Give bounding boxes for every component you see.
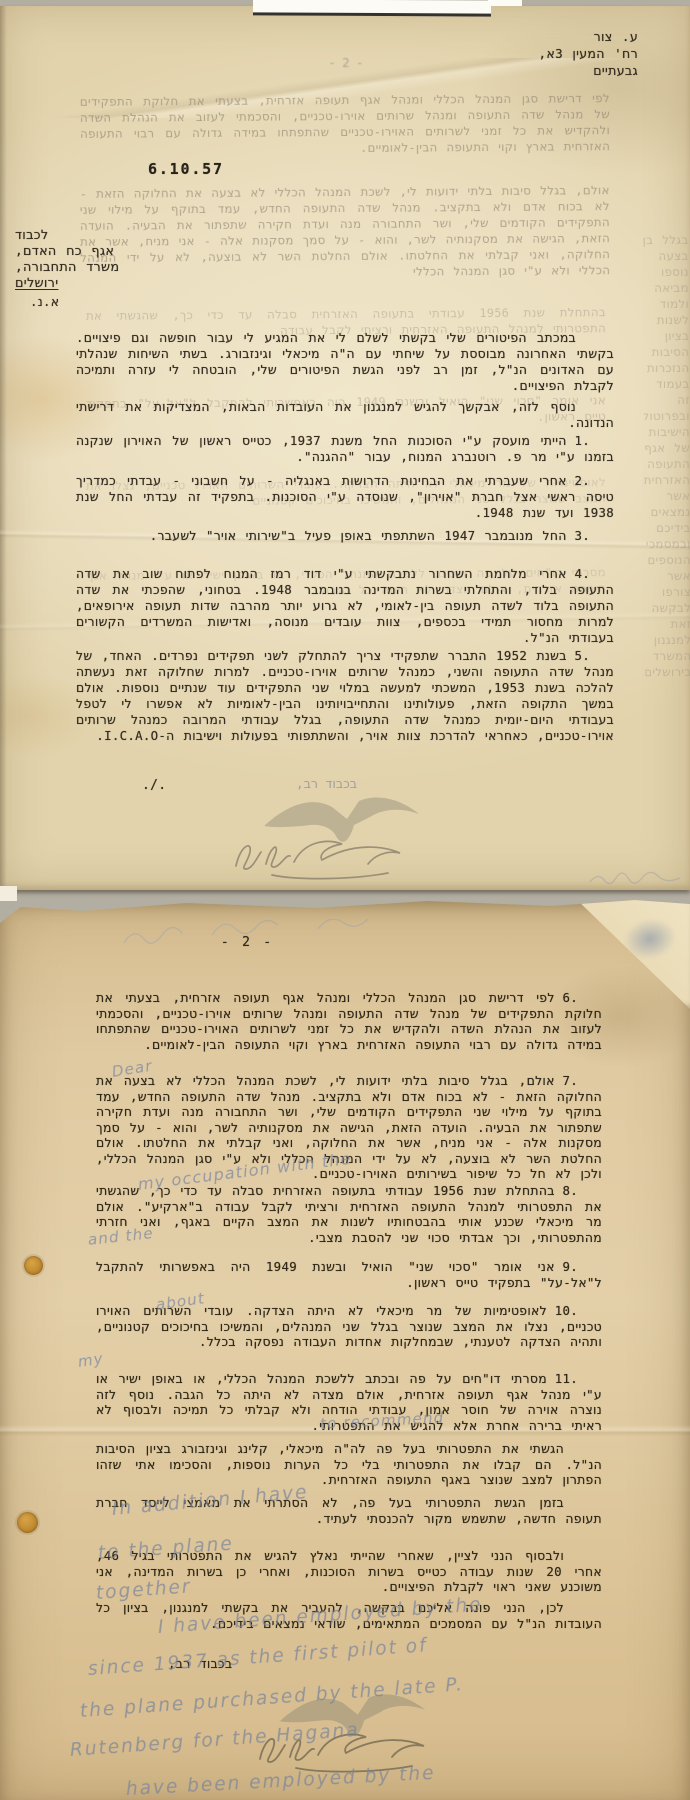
item-number: 11. [555, 1371, 578, 1386]
item-number: 1. [574, 433, 590, 448]
pencil-annotation: since 1937 as the first pilot of [87, 1635, 428, 1680]
letter-page-2: - 2 - 6. לפי דרישת סגן המנהל הכללי ומנהל… [0, 897, 690, 1800]
punch-hole [24, 1256, 43, 1275]
salutation: א.נ. [30, 294, 90, 310]
paper-gap [0, 886, 17, 901]
list-item-1: 1. הייתי מועסק ע"י הסוכנות החל משנת 1937… [76, 433, 614, 465]
item-text: בשנת 1952 התברר שתפקידי צריך להתחלק לשני… [76, 648, 614, 743]
item-number: 9. [562, 1259, 578, 1274]
scanned-letter: { "document": { "description": "Typewrit… [0, 0, 690, 1800]
sender-name: ע. צור [539, 28, 639, 45]
item-text: החל מנובמבר 1947 השתתפתי באופן פעיל ב"שי… [150, 528, 567, 543]
item-text: אחרי שעברתי את הבחינות הדרושות באנגליה -… [76, 473, 614, 520]
item-number: 2. [574, 473, 590, 488]
item-number: 5. [574, 648, 590, 663]
paragraph-resignation: הגשתי את התפטרותי בעל פה לה"ה מיכאלי, קל… [96, 1441, 602, 1488]
recipient-city: ירושלים [15, 276, 165, 292]
list-item-8: 8. בהתחלת שנת 1956 עבודתי בתעופה האזרחית… [96, 1183, 602, 1245]
recipient-address: לכבוד אגף כח האדם, משרד התחבורה, ירושלים [15, 228, 165, 292]
recipient-honorific: לכבוד [15, 228, 165, 244]
list-item-5: 5. בשנת 1952 התברר שתפקידי צריך להתחלק ל… [76, 648, 614, 744]
item-number: 7. [562, 1073, 578, 1088]
bleedthrough-margin-column: בגלל בן בצעה נוספו מביאה ולמוד לשנות בצי… [642, 232, 690, 678]
item-number: 4. [574, 566, 590, 581]
list-item-4: 4. אחרי מלחמת השחרור נתבקשתי ע"י דוד רמז… [76, 566, 614, 646]
sender-street: רח' המעין 3א, [539, 45, 639, 62]
item-number: 10. [555, 1303, 578, 1318]
continuation-mark: ./. [142, 778, 182, 794]
item-number: 3. [574, 528, 590, 543]
ghost-closing: בכבוד רב, [296, 776, 357, 791]
punch-hole [17, 1512, 38, 1533]
list-item-9: 9. אני אומר "סכוי שני" הואיל ובשנת 1949 … [96, 1259, 602, 1290]
item-text: הייתי מועסק ע"י הסוכנות החל משנת 1937, כ… [76, 433, 614, 464]
bleedthrough-text: לפי דרישת סגן המנהל הכללי ומנהל אגף תעופ… [80, 90, 610, 158]
sender-city: גבעתיים [539, 62, 639, 79]
list-item-2: 2. אחרי שעברתי את הבחינות הדרושות באנגלי… [76, 473, 614, 521]
pencil-scribble [120, 919, 440, 955]
faint-blue-stamp [620, 914, 679, 964]
pencil-scribble [588, 868, 683, 890]
item-number: 8. [562, 1183, 578, 1198]
letter-page-1: לפי דרישת סגן המנהל הכללי ומנהל אגף תעופ… [0, 6, 690, 890]
paper-fragment [253, 0, 491, 17]
recipient-department: אגף כח האדם, [15, 244, 165, 260]
item-text: לפי דרישת סגן המנהל הכללי ומנהל אגף תעופ… [96, 990, 602, 1052]
handwritten-signature [228, 828, 428, 886]
paper-fragment [488, 0, 522, 6]
item-text: בהתחלת שנת 1956 עבודתי בתעופה האזרחית סב… [96, 1183, 602, 1245]
item-text: אני אומר "סכוי שני" הואיל ובשנת 1949 היה… [96, 1259, 602, 1290]
paragraph-intro-2: נוסף לזה, אבקשך להגיש למנגנון את העובדות… [76, 399, 614, 431]
paragraph-intro-1: במכתב הפיטורים שלי בקשתי לשלם לי את המגי… [76, 330, 614, 394]
page-edge-shadow [0, 6, 7, 890]
item-number: 6. [562, 990, 578, 1005]
ghost-page-marker: - 2 - [330, 56, 364, 70]
letter-date: 6.10.57 [148, 161, 258, 177]
recipient-ministry: משרד התחבורה, [15, 260, 165, 276]
sender-address: ע. צור רח' המעין 3א, גבעתיים [539, 28, 639, 79]
item-text: אחרי מלחמת השחרור נתבקשתי ע"י דוד רמז המ… [76, 566, 614, 645]
list-item-3: 3. החל מנובמבר 1947 השתתפתי באופן פעיל ב… [76, 528, 614, 544]
pencil-annotation: my [77, 1349, 105, 1370]
list-item-6: 6. לפי דרישת סגן המנהל הכללי ומנהל אגף ת… [96, 990, 602, 1052]
